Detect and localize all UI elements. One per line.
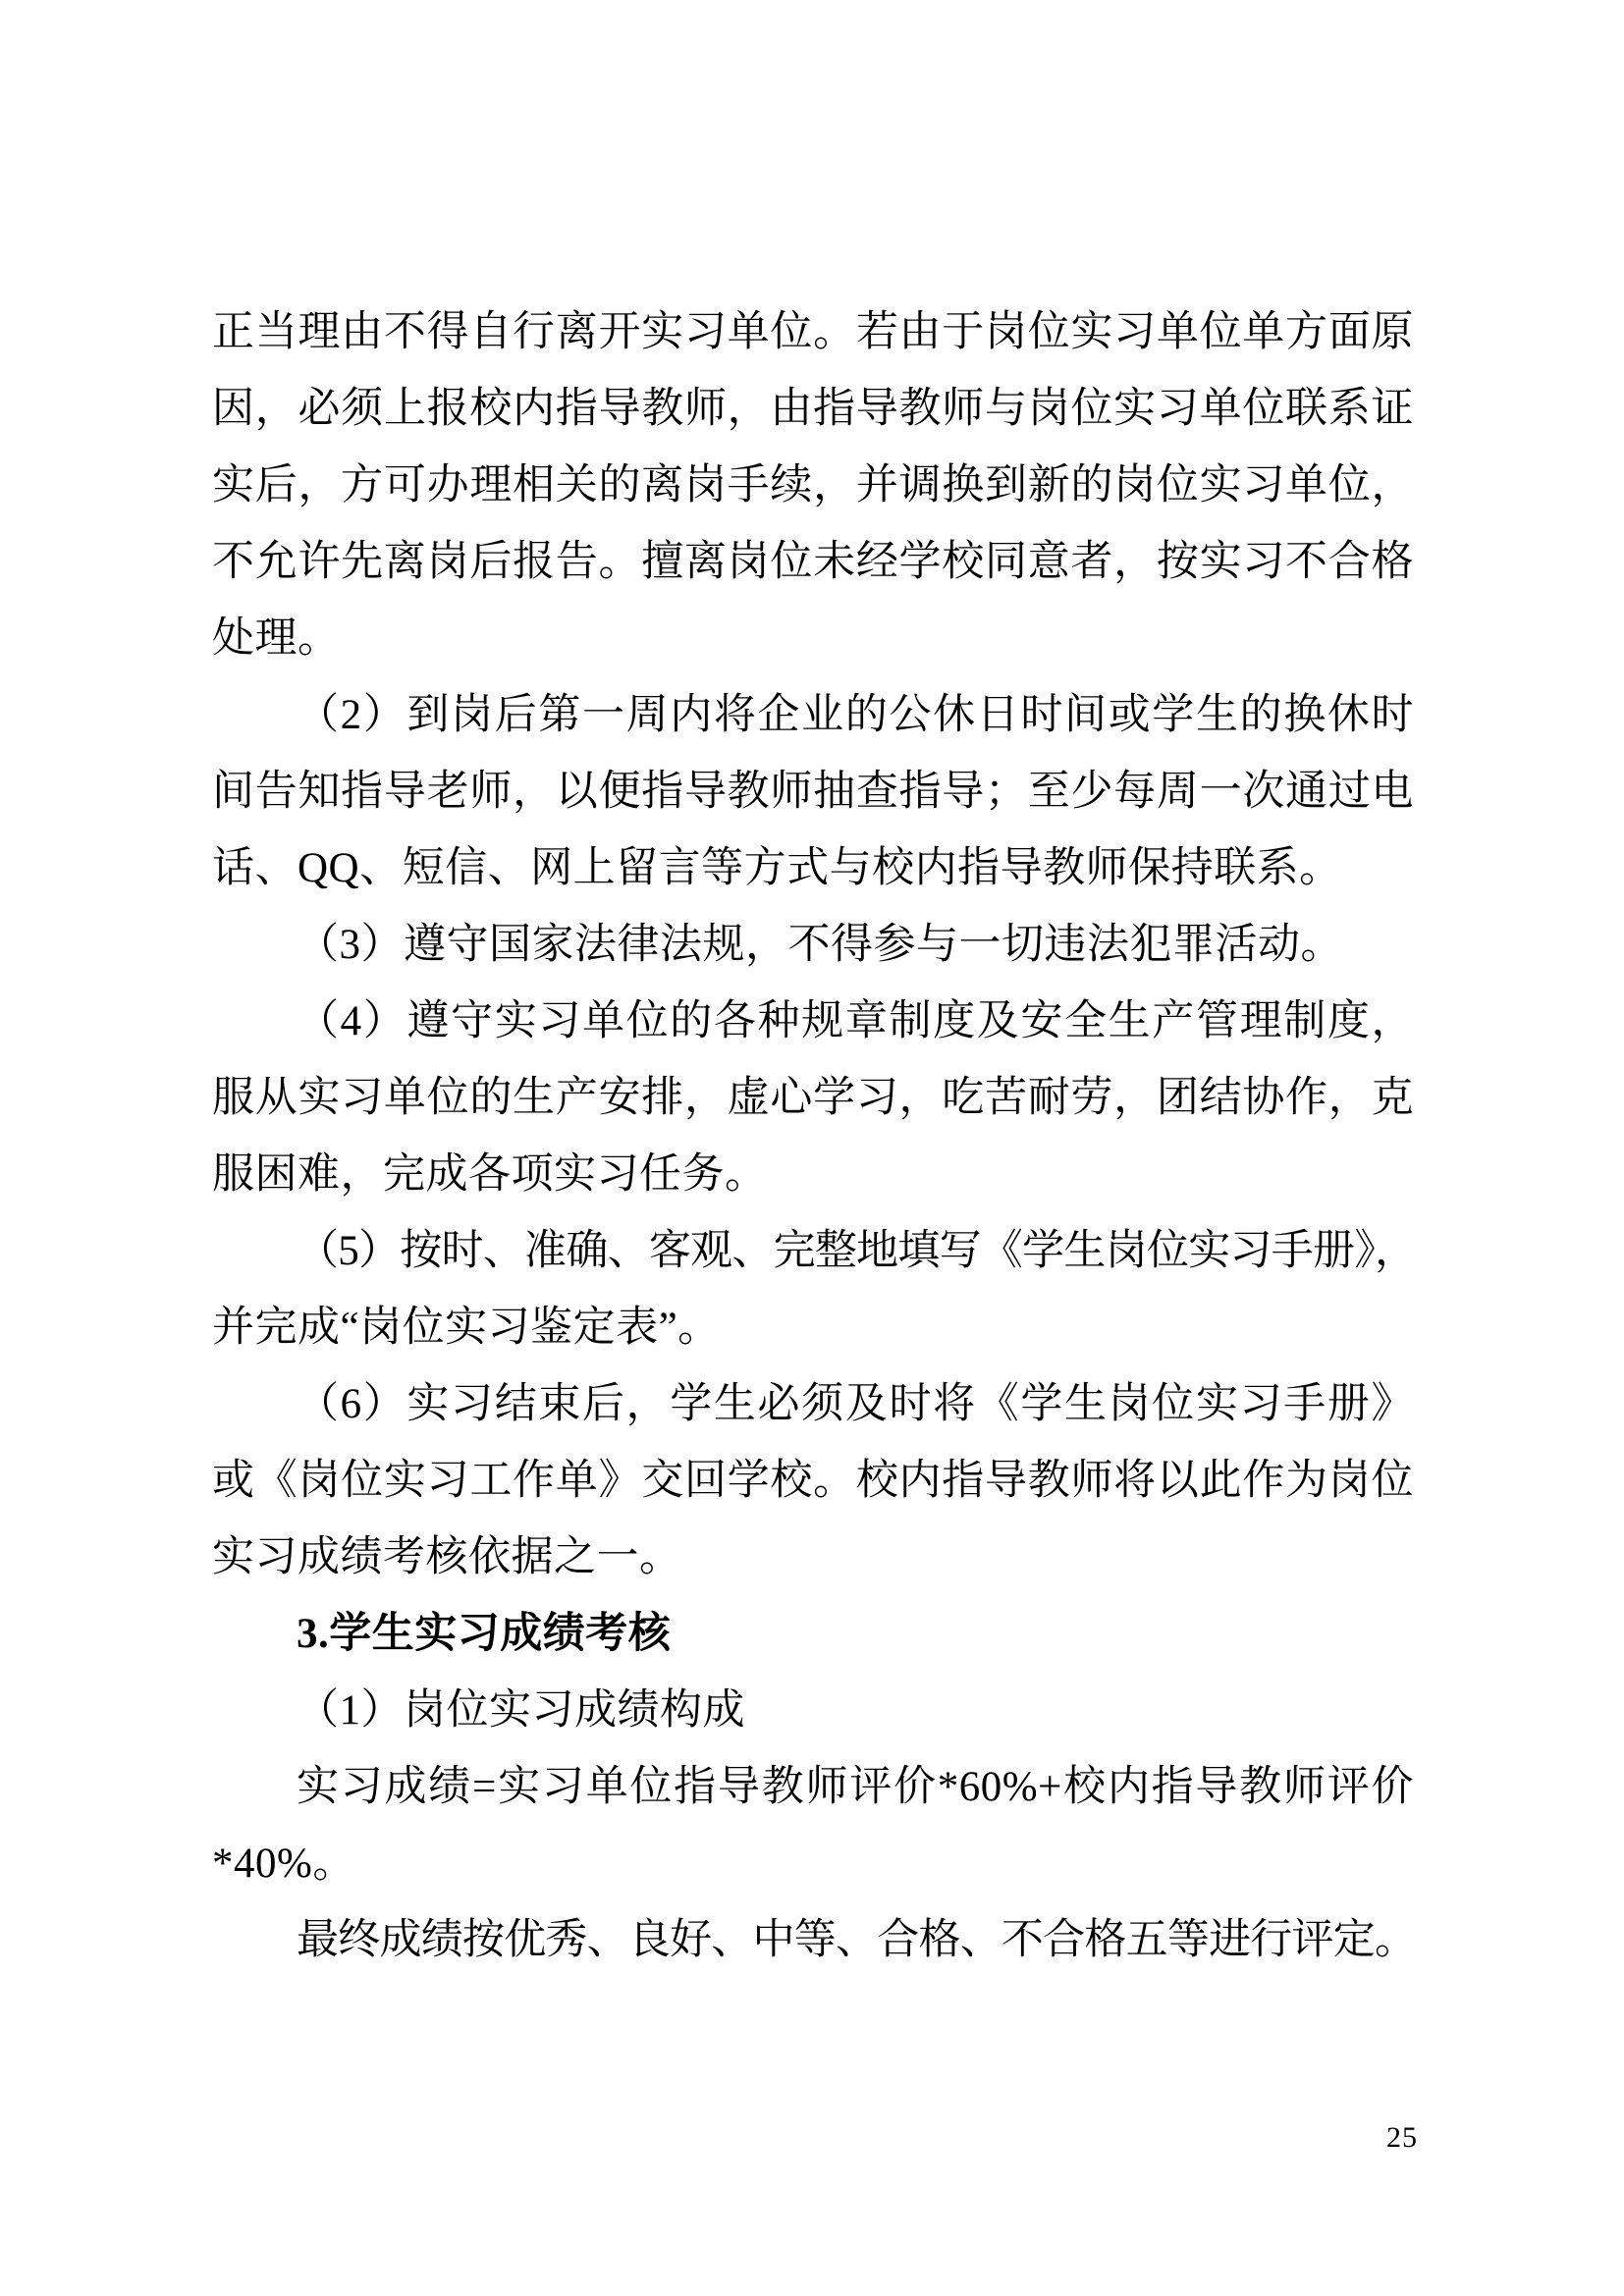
- text-line: 话、QQ、短信、网上留言等方式与校内指导教师保持联系。: [212, 830, 1414, 907]
- body-paragraph: 实习成绩=实习单位指导教师评价*60%+校内指导教师评价*40%。: [212, 1749, 1414, 1902]
- text-line: （3）遵守国家法律法规，不得参与一切违法犯罪活动。: [212, 907, 1414, 984]
- text-line: *40%。: [212, 1826, 1414, 1902]
- page-number: 25: [1386, 2118, 1418, 2158]
- text-line: 实后，方可办理相关的离岗手续，并调换到新的岗位实习单位，: [212, 448, 1414, 524]
- text-line: 实习成绩=实习单位指导教师评价*60%+校内指导教师评价: [212, 1749, 1414, 1826]
- numbered-item: （4）遵守实习单位的各种规章制度及安全生产管理制度，服从实习单位的生产安排，虚心…: [212, 984, 1414, 1213]
- text-line: （1）岗位实习成绩构成: [212, 1673, 1414, 1749]
- text-line: 处理。: [212, 601, 1414, 677]
- document-body: 正当理由不得自行离开实习单位。若由于岗位实习单位单方面原因，必须上报校内指导教师…: [212, 294, 1414, 1979]
- numbered-item: （3）遵守国家法律法规，不得参与一切违法犯罪活动。: [212, 907, 1414, 984]
- text-line: 服困难，完成各项实习任务。: [212, 1137, 1414, 1213]
- numbered-item: （2）到岗后第一周内将企业的公休日时间或学生的换休时间告知指导老师，以便指导教师…: [212, 677, 1414, 907]
- text-line: 正当理由不得自行离开实习单位。若由于岗位实习单位单方面原: [212, 294, 1414, 371]
- numbered-item: （1）岗位实习成绩构成: [212, 1673, 1414, 1749]
- section-heading: 3.学生实习成绩考核: [212, 1596, 1414, 1673]
- continuation-paragraph: 正当理由不得自行离开实习单位。若由于岗位实习单位单方面原因，必须上报校内指导教师…: [212, 294, 1414, 677]
- text-line: 间告知指导老师，以便指导教师抽查指导；至少每周一次通过电: [212, 754, 1414, 830]
- text-line: 3.学生实习成绩考核: [212, 1596, 1414, 1673]
- text-line: 或《岗位实习工作单》交回学校。校内指导教师将以此作为岗位: [212, 1443, 1414, 1520]
- text-line: 最终成绩按优秀、良好、中等、合格、不合格五等进行评定。: [212, 1902, 1414, 1979]
- text-line: 不允许先离岗后报告。擅离岗位未经学校同意者，按实习不合格: [212, 524, 1414, 601]
- numbered-item: （5）按时、准确、客观、完整地填写《学生岗位实习手册》，并完成“岗位实习鉴定表”…: [212, 1213, 1414, 1366]
- numbered-item: （6）实习结束后，学生必须及时将《学生岗位实习手册》或《岗位实习工作单》交回学校…: [212, 1366, 1414, 1596]
- text-line: 因，必须上报校内指导教师，由指导教师与岗位实习单位联系证: [212, 371, 1414, 448]
- body-paragraph: 最终成绩按优秀、良好、中等、合格、不合格五等进行评定。: [212, 1902, 1414, 1979]
- text-line: （2）到岗后第一周内将企业的公休日时间或学生的换休时: [212, 677, 1414, 754]
- text-line: 服从实习单位的生产安排，虚心学习，吃苦耐劳，团结协作，克: [212, 1060, 1414, 1137]
- text-line: 实习成绩考核依据之一。: [212, 1520, 1414, 1596]
- text-line: （6）实习结束后，学生必须及时将《学生岗位实习手册》: [212, 1366, 1414, 1443]
- text-line: （4）遵守实习单位的各种规章制度及安全生产管理制度，: [212, 984, 1414, 1060]
- document-page: 正当理由不得自行离开实习单位。若由于岗位实习单位单方面原因，必须上报校内指导教师…: [0, 0, 1624, 2296]
- text-line: 并完成“岗位实习鉴定表”。: [212, 1290, 1414, 1366]
- text-line: （5）按时、准确、客观、完整地填写《学生岗位实习手册》，: [212, 1213, 1414, 1290]
